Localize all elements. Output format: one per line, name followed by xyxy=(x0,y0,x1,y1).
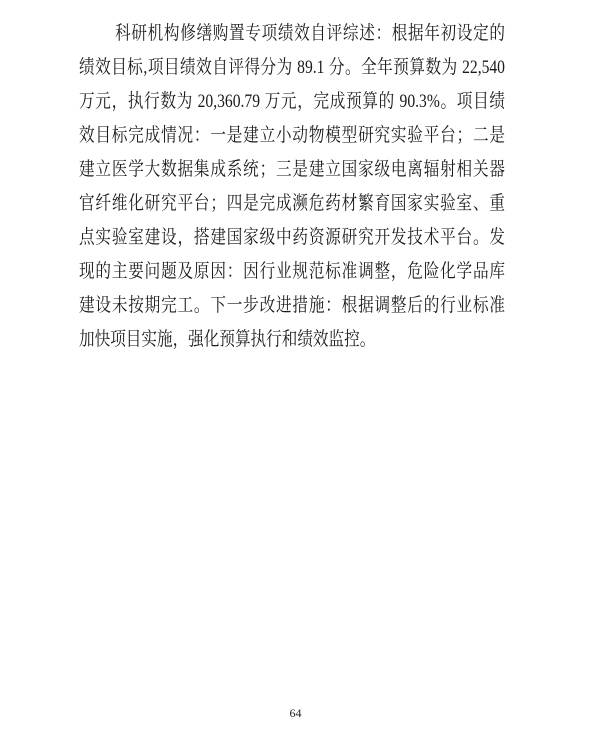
paragraph-line-8: 现的主要问题及原因：因行业规范标准调整，危险化学品库 xyxy=(79,255,505,289)
paragraph-line-4: 效目标完成情况：一是建立小动物模型研究实验平台；二是 xyxy=(79,119,505,153)
page-number: 64 xyxy=(0,706,591,720)
paragraph-line-3: 万元，执行数为 20,360.79 万元，完成预算的 90.3%。项目绩 xyxy=(79,85,505,119)
paragraph-line-6: 官纤维化研究平台；四是完成濒危药材繁育国家实验室、重 xyxy=(79,187,505,221)
paragraph-line-9: 建设未按期完工。下一步改进措施：根据调整后的行业标准 xyxy=(79,289,505,323)
document-page: 科研机构修缮购置专项绩效自评综述：根据年初设定的 绩效目标,项目绩效自评得分为 … xyxy=(0,0,591,743)
paragraph-line-5: 建立医学大数据集成系统；三是建立国家级电离辐射相关器 xyxy=(79,153,505,187)
paragraph-line-10: 加快项目实施，强化预算执行和绩效监控。 xyxy=(79,323,505,357)
paragraph-line-1: 科研机构修缮购置专项绩效自评综述：根据年初设定的 xyxy=(79,17,505,51)
paragraph-line-2: 绩效目标,项目绩效自评得分为 89.1 分。全年预算数为 22,540 xyxy=(79,51,505,85)
paragraph-line-7: 点实验室建设，搭建国家级中药资源研究开发技术平台。发 xyxy=(79,221,505,255)
body-paragraph: 科研机构修缮购置专项绩效自评综述：根据年初设定的 绩效目标,项目绩效自评得分为 … xyxy=(79,17,505,357)
